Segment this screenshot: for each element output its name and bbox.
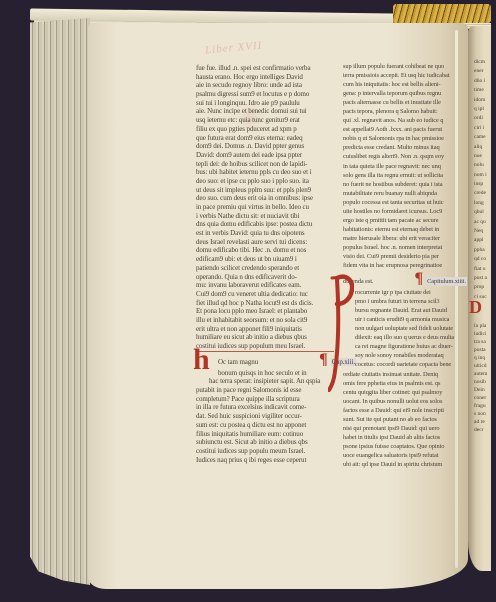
text-line: psone ipsius fuisse coaptatos. Que opini… [343, 442, 467, 451]
left-column-lines-after: putabit in pace regni Salomonis id essec… [196, 386, 356, 464]
text-line: ad re [474, 418, 493, 426]
text-line: costitui iudices sup populu meum Israel. [196, 447, 356, 456]
text-line: patiendo scilicet credendo sperando et [196, 264, 356, 273]
text-line: long [474, 199, 493, 208]
text-line: soy nole sonoy ronabiles moderataq [343, 351, 467, 360]
text-line: predicta esse credant. Multo minus itaq [343, 143, 467, 152]
text-line: q inq [474, 354, 493, 362]
text-line: uir i canticis erudit9 q armonia musica [343, 315, 467, 324]
text-line: dom9 dei. Domus .n. David ppter genus [196, 142, 356, 151]
text-line: ppha [474, 246, 493, 255]
text-line: in pla [474, 322, 493, 330]
text-line: tra sa [474, 338, 493, 346]
text-line: s non [474, 410, 493, 418]
text-line: ut deus sit impleus pplm suu: et ppls pl… [196, 186, 356, 195]
text-line: fiat u [474, 265, 493, 274]
text-line: aie. Nunc incipe et benedic domui sui tu… [196, 107, 356, 116]
text-line: nosib [474, 378, 493, 386]
red-underline [196, 351, 334, 352]
text-line: autem [474, 370, 493, 378]
text-line: dat. Sed huic suspicioni vigiliter occur… [196, 412, 356, 421]
text-line: decr [474, 426, 493, 434]
text-line: hausta erano. Hoc ergo intelliges David [196, 73, 356, 82]
text-line: dicm [474, 58, 493, 67]
text-line: visio dei. Cui9 premii desiderio pia per [343, 252, 467, 261]
text-line: habitationis: eternu est eternaq debet i… [343, 225, 467, 234]
pilcrow-icon: ¶ [414, 270, 426, 288]
text-line: populo cocessa est tanta securitas ut hu… [343, 198, 467, 207]
chapter-14-heading-line: ducenda est. ¶ Capitulum.xiiii. [343, 270, 467, 288]
text-line: uite hostiles no formidaret icursus. Loc… [343, 207, 467, 216]
text-line: pacis alternasse cu bellis et inusitate … [343, 98, 467, 107]
text-line: iudici [474, 330, 493, 338]
text-line: ci suc [474, 293, 493, 302]
text-line: nue [474, 152, 493, 161]
gilt-gauffered-edge [393, 4, 491, 23]
text-line: idom [474, 96, 493, 105]
text-line: qd co [474, 255, 493, 264]
text-line: crede [474, 189, 493, 198]
text-line: filius iniquitatis humiliare eum: cotinu… [196, 430, 356, 439]
text-line: ciri i [474, 124, 493, 133]
text-line: matre hierusale libera: ubi erit veracit… [343, 234, 467, 243]
text-line: tepli dei: de hoibus scilicet non de lap… [196, 160, 356, 169]
text-line: dño i [474, 77, 493, 86]
chapter-14-lines: ordiate ciuitatis insinuat unitate. Deni… [343, 370, 467, 470]
text-line: ordiate ciuitatis insinuat unitate. Deni… [343, 370, 467, 379]
text-line: est appellat9 Aoth .lxxx. ani pacis fuer… [343, 125, 467, 134]
text-line: fidem vita in hac erupnosa peregrinatioe [343, 261, 467, 270]
sliver-text-fragments-top: dicmenerdño itimeidomq iplordiciri icame… [474, 58, 493, 302]
text-line: nolu [474, 161, 493, 170]
text-line: appl [474, 236, 493, 245]
text-line: ac qu [474, 218, 493, 227]
text-line: populus Israel. hoc .n. nomen interpreta… [343, 243, 467, 252]
text-line: filiu ex quo pgties pduceret ad xpm p [196, 125, 356, 134]
text-line: cuiuslibet regis alteri9. Non .n. qsqm e… [343, 152, 467, 161]
text-line: subiunctu est. Sicut ab initio a diebus … [196, 438, 356, 447]
text-line: fue fue. illud .n. spei est confirmatio … [196, 64, 356, 73]
text-line: ubi ait: qd ipse Dauid in spiritu christ… [343, 460, 467, 469]
text-line: deo suo: et ipse cu pplo suo i pplo suo.… [196, 177, 356, 186]
text-line: domu edificabo tibi. Hec .n. domu et nos [196, 246, 356, 255]
text-line: factos esse a Dauid: qui ei9 nole inscri… [343, 406, 467, 415]
left-text-column: fue fue. illud .n. spei est confirmatio … [196, 64, 356, 464]
text-line: aie in secudo regnoy libro: unde ad ista [196, 81, 356, 90]
text-line: deo suo. cum deus erit oia in omnibus: i… [196, 194, 356, 203]
left-page-stack-fore-edge [30, 18, 90, 585]
text-line: que futura erat dom9 eius eterna: eadeq [196, 134, 356, 143]
text-line: est in verbis David: quia tu dns oipoten… [196, 229, 356, 238]
text-line: psalmu digressi sum9 et locutus e p domo [196, 90, 356, 99]
text-line: centu quiqgita liber cotinet: qui psalmo… [343, 388, 467, 397]
text-line: i verbis Nathe dictu sit: et nuciavit ti… [196, 212, 356, 221]
text-line: time [474, 86, 493, 95]
text-line: no fuerit ne hostibus subderet: quia i i… [343, 180, 467, 189]
text-line: sup illum populu fuerant cohibeat ne quo [343, 62, 467, 71]
text-line: in pace premiu qui virtus in bello. Ideo… [196, 203, 356, 212]
text-line: sum est: cu postea q dictu est no appone… [196, 421, 356, 430]
text-line: bus: ubi habitet ieternu ppls cu deo suo… [196, 168, 356, 177]
text-line: coner [474, 394, 493, 402]
right-text-column: sup illum populu fuerant cohibeat ne quo… [343, 62, 467, 469]
text-line: bursu regnante Dauid. Erat aut Dauid [343, 306, 467, 315]
text-line: ordi [474, 114, 493, 123]
text-line: gena: p intervalla teporum quibus regnu [343, 89, 467, 98]
text-line: non uulgari uoluptate sed fideli uolutat… [343, 324, 467, 333]
text-line: nobis q ut Salomonis rpa in hac pmissioe [343, 134, 467, 143]
text-line: posta [474, 346, 493, 354]
text-line: ca rei magne figuratione huius ac diuer- [343, 342, 467, 351]
text-line: omis fere pphetia eius in psalmis est. q… [343, 379, 467, 388]
text-line: Iudices naq prius q ibi reges esse ceper… [196, 456, 356, 465]
text-line: sui tui i longinquu. Idro aie p9 paululu [196, 99, 356, 108]
text-line: uocant. In quibus nonulli uolut eos solo… [343, 397, 467, 406]
text-line: ener [474, 67, 493, 76]
text-line: David: dom9 autem dei eade ipsa ppter [196, 151, 356, 160]
text-line: qui .xl. regnavit anos. Na sub eo iudice… [343, 116, 467, 125]
text-line: completum? Pace quippe illa scriptura [196, 395, 356, 404]
red-initial-p [328, 273, 354, 393]
text-line: came [474, 133, 493, 142]
text-line: terra pmissiois accepit. Et usq hic iudi… [343, 71, 467, 80]
text-line: edificam9 ubi: et deus ut bn uiuam9 i [196, 255, 356, 264]
text-line: solo gens illa ita regnu ernuit: ut soll… [343, 171, 467, 180]
manuscript-photo: Liber XVII fue fue. illud .n. spei est c… [0, 0, 496, 602]
text-line: q ipl [474, 105, 493, 114]
text-line: pmo i umbra futuri in terrena scil3 [343, 297, 467, 306]
text-line: prop [474, 283, 493, 292]
text-line: mutabilitate reru buanay nulli abiqnda [343, 189, 467, 198]
text-line: dilexit: eaq illo suo q uerus e deus mul… [343, 333, 467, 342]
chapter-14-indented-lines: rocurrente igr p tpa ciuitate deipmo i u… [343, 288, 467, 369]
text-line: habet in titulis ipsi Dauid ab aliis fac… [343, 433, 467, 442]
chapter-14-label: Capitulum.xiiii. [426, 277, 467, 286]
chapter-13-first-words: Oc tam magnu [218, 358, 258, 367]
text-line: cocetus: cocordi uarietate copacta bene [343, 360, 467, 369]
text-line: sunt. Sut ite qui putant no ab eo factos [343, 415, 467, 424]
text-line: dns quia domu edificabis ipse: postea di… [196, 220, 356, 229]
text-line: fragu [474, 402, 493, 410]
text-line: in tata quieta ille pace regnavit: nec u… [343, 162, 467, 171]
text-line: cum his iniquitatis: hoc est bellis alie… [343, 80, 467, 89]
text-line: qbul [474, 208, 493, 217]
text-line: deus Israel revelasti aure servi tui dic… [196, 238, 356, 247]
text-line: ergo iste q pmittit tam pacate ac secure [343, 216, 467, 225]
text-line: rocurrente igr p tpa ciuitate dei [343, 288, 467, 297]
text-line: aliq [474, 143, 493, 152]
text-line: usq ieternu etc: quia tunc genitur9 erat [196, 116, 356, 125]
text-line: uoce euangelica saluatoris ipsi9 refutat [343, 451, 467, 460]
right-column-lines: sup illum populu fuerant cohibeat ne quo… [343, 62, 467, 270]
text-line: post a [474, 274, 493, 283]
text-line: pacis tepora, plenora q Salomo habuit: [343, 107, 467, 116]
text-line: Dein [474, 386, 493, 394]
text-line: Neq [474, 227, 493, 236]
sliver-text-fragments-bottom: in plaiudicitra sapostaq inquiticdautemn… [474, 322, 493, 434]
text-line: nom i [474, 171, 493, 180]
text-line: uiticd [474, 362, 493, 370]
text-line: in illa re futura excelsius indicavit co… [196, 403, 356, 412]
text-line: insp [474, 180, 493, 189]
text-line: nisi qui prenotant ipsi9 Dauid: qui uero [343, 424, 467, 433]
